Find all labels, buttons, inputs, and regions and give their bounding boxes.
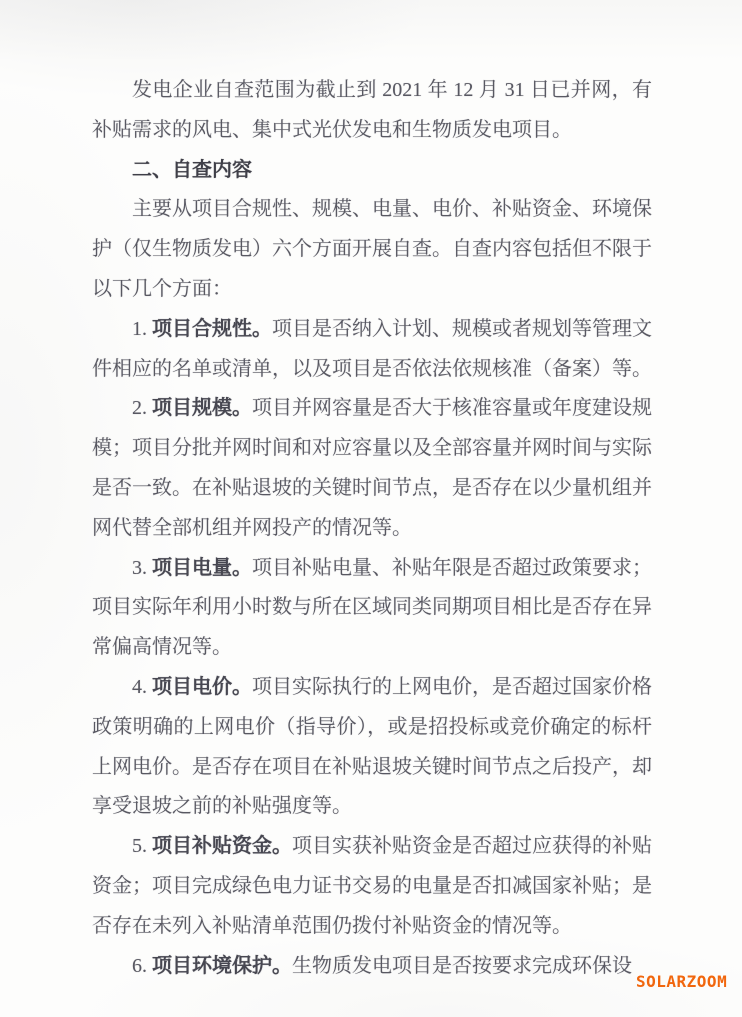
paragraph-scope: 发电企业自查范围为截止到 2021 年 12 月 31 日已并网，有补贴需求的风… bbox=[92, 71, 652, 151]
paragraph-overview-text: 主要从项目合规性、规模、电量、电价、补贴资金、环境保护（仅生物质发电）六个方面开… bbox=[92, 198, 652, 300]
item-number: 5. bbox=[132, 835, 152, 857]
item-number: 2. bbox=[132, 397, 152, 419]
item-1-compliance: 1. 项目合规性。项目是否纳入计划、规模或者规划等管理文件相应的名单或清单，以及… bbox=[92, 310, 652, 390]
item-4-electricity-price: 4. 项目电价。项目实际执行的上网电价，是否超过国家价格政策明确的上网电价（指导… bbox=[92, 668, 652, 827]
item-title: 项目环境保护。 bbox=[152, 955, 292, 977]
paragraph-overview: 主要从项目合规性、规模、电量、电价、补贴资金、环境保护（仅生物质发电）六个方面开… bbox=[92, 190, 652, 309]
item-5-subsidy-funds: 5. 项目补贴资金。项目实获补贴资金是否超过应获得的补贴资金；项目完成绿色电力证… bbox=[92, 827, 652, 946]
item-number: 4. bbox=[132, 676, 152, 698]
document-page: 发电企业自查范围为截止到 2021 年 12 月 31 日已并网，有补贴需求的风… bbox=[0, 0, 742, 1017]
item-title: 项目合规性。 bbox=[152, 318, 272, 340]
item-title: 项目电量。 bbox=[152, 557, 252, 579]
item-title: 项目规模。 bbox=[152, 397, 252, 419]
item-number: 1. bbox=[132, 318, 152, 340]
section-heading: 二、自查内容 bbox=[92, 151, 652, 191]
item-3-electricity-volume: 3. 项目电量。项目补贴电量、补贴年限是否超过政策要求；项目实际年利用小时数与所… bbox=[92, 549, 652, 668]
item-title: 项目电价。 bbox=[152, 676, 252, 698]
paragraph-scope-text: 发电企业自查范围为截止到 2021 年 12 月 31 日已并网，有补贴需求的风… bbox=[92, 79, 652, 141]
item-6-environmental-protection: 6. 项目环境保护。生物质发电项目是否按要求完成环保设 bbox=[92, 947, 652, 987]
item-number: 3. bbox=[132, 557, 152, 579]
item-text: 生物质发电项目是否按要求完成环保设 bbox=[292, 955, 632, 977]
item-2-scale: 2. 项目规模。项目并网容量是否大于核准容量或年度建设规模；项目分批并网时间和对… bbox=[92, 389, 652, 548]
item-number: 6. bbox=[132, 955, 152, 977]
document-content: 发电企业自查范围为截止到 2021 年 12 月 31 日已并网，有补贴需求的风… bbox=[92, 71, 652, 986]
section-heading-text: 二、自查内容 bbox=[132, 159, 252, 181]
solarzoom-watermark: SOLARZOOM bbox=[636, 973, 727, 991]
item-title: 项目补贴资金。 bbox=[152, 835, 292, 857]
